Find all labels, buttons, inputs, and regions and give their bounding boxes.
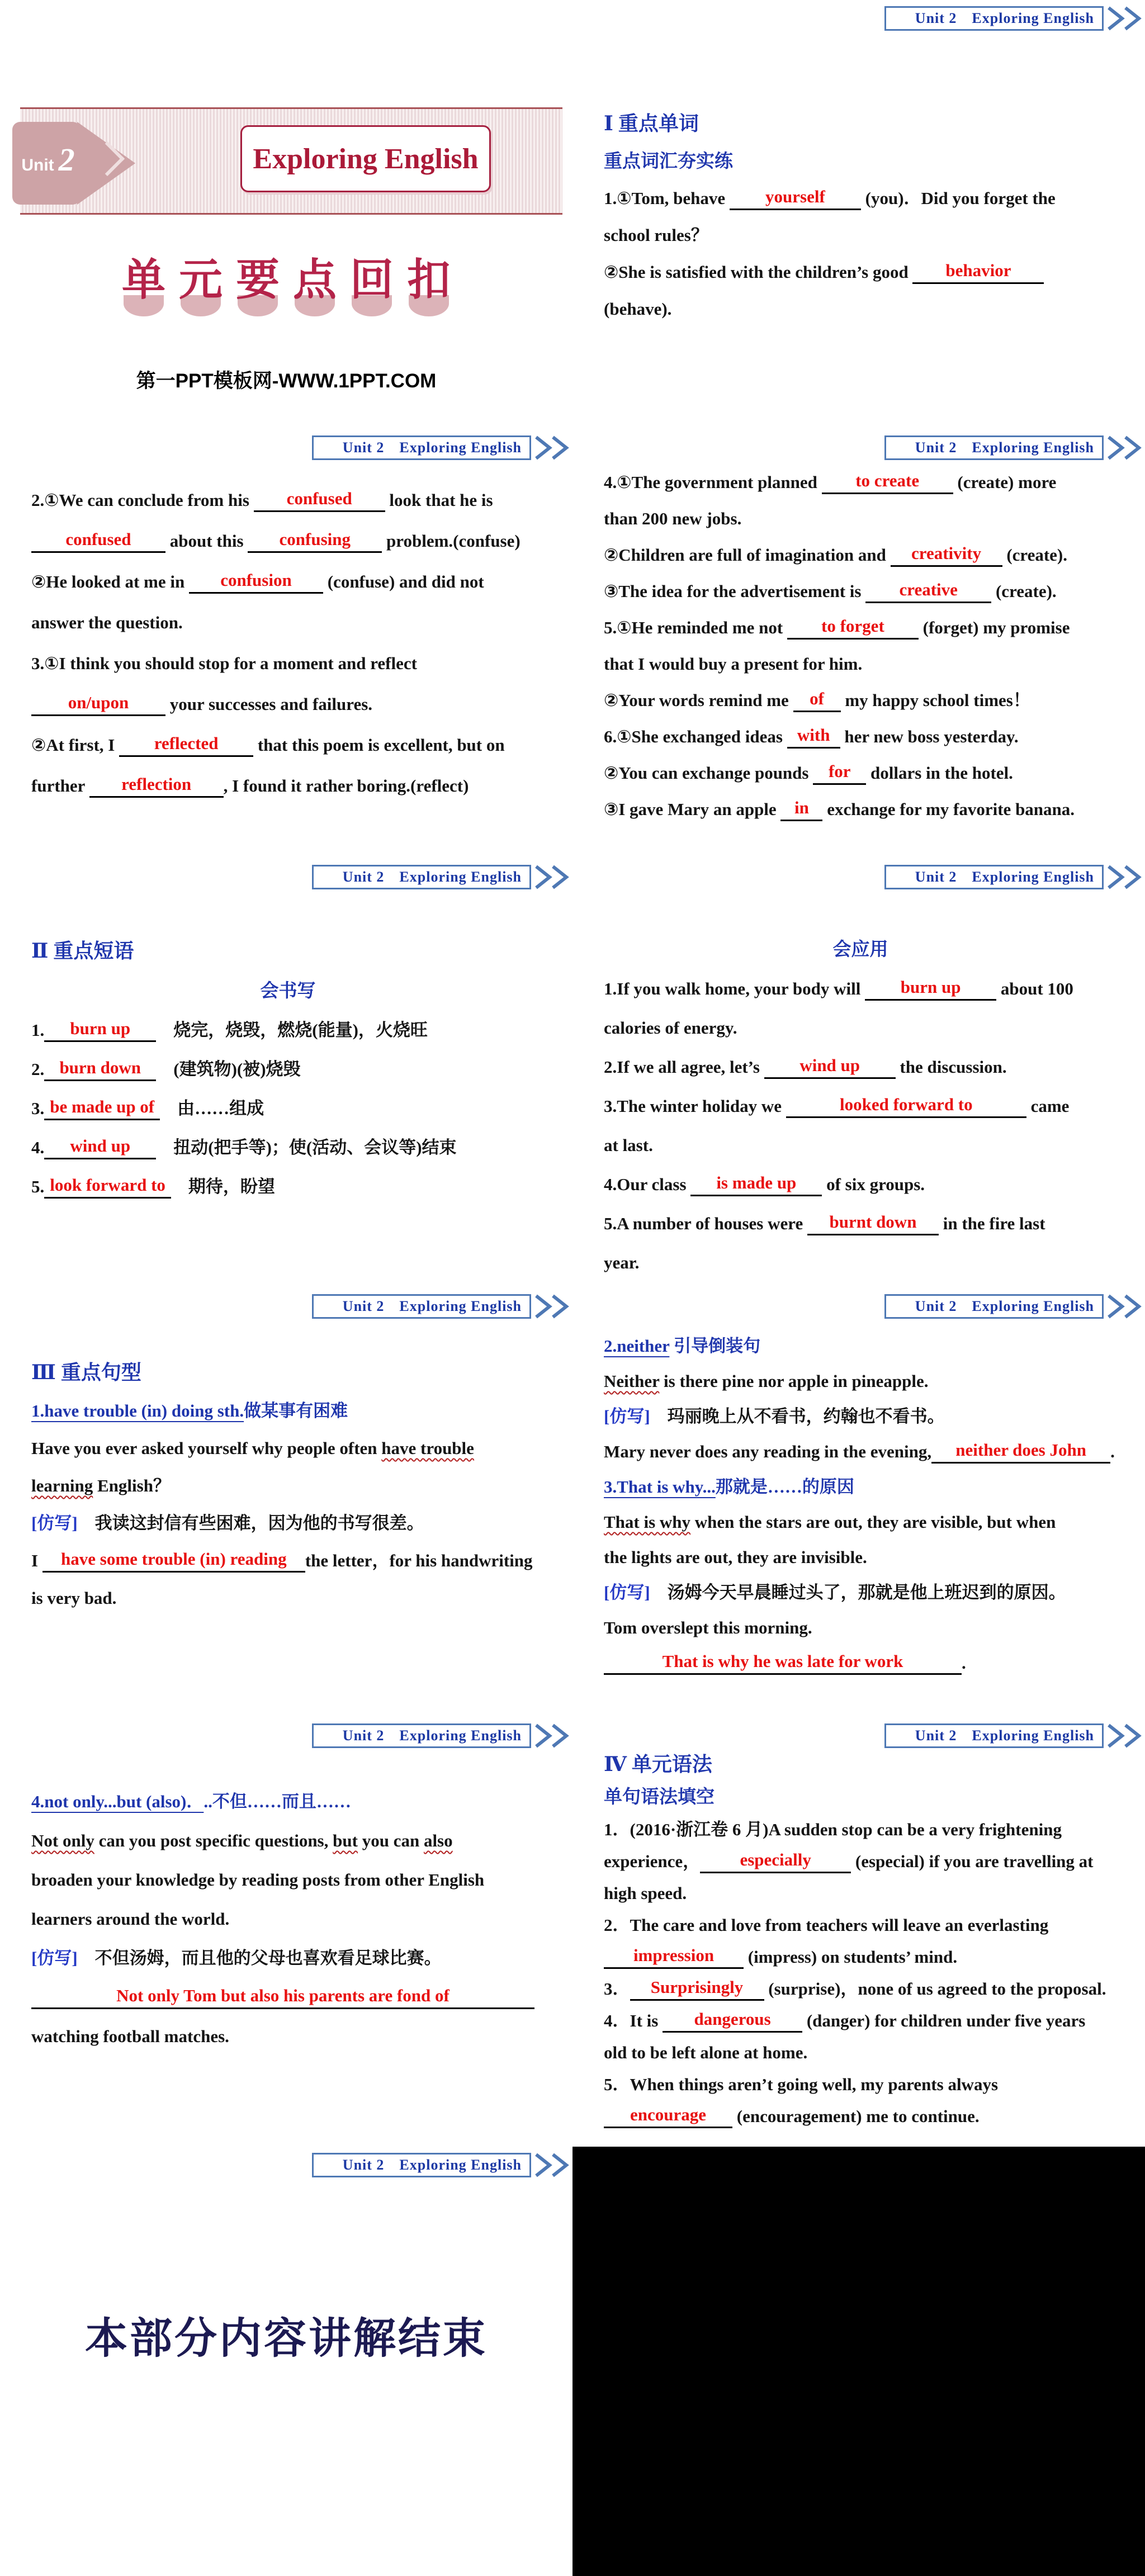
section-heading: Ⅳ 单元语法	[604, 1753, 712, 1775]
body-text: 汤姆今天早晨睡过头了，那就是他上班迟到的原因。	[650, 1583, 1066, 1602]
text-line: 2.If we all agree, let’s wind up the dis…	[604, 1048, 1117, 1087]
text-line: learning English？	[31, 1467, 545, 1504]
unit-badge: Unit 2 Exploring English	[312, 1723, 570, 1749]
text-line: That is why he was late for work.	[604, 1645, 1117, 1680]
body-text: Tom overslept this morning.	[604, 1618, 812, 1637]
slide-text-block: 2.neither 引导倒装句Neither is there pine nor…	[604, 1328, 1117, 1680]
blank-answer: in	[794, 798, 809, 817]
body-text: 5．When things aren’t going well, my pare…	[604, 2075, 998, 2094]
body-text: you can	[358, 1831, 424, 1850]
fill-in-blank: encourage	[604, 2106, 732, 2128]
text-line: 5.①He reminded me not to forget (forget)…	[604, 609, 1117, 646]
blank-answer: to forget	[821, 616, 884, 636]
fangxie-label: [仿写]	[604, 1407, 650, 1426]
review-heading: 单元要点回扣	[0, 245, 572, 307]
slide-text-block: Ⅱ 重点短语会书写1.burn up 烧完，烧毁，燃烧(能量)，火烧旺2.bur…	[31, 931, 545, 1206]
unit-badge-label: Unit 2 Exploring English	[312, 435, 531, 460]
text-line: [仿写] 不但汤姆，而且他的父母也喜欢看足球比赛。	[31, 1939, 545, 1978]
body-text: 4.	[31, 1138, 44, 1157]
fill-in-blank: burn up	[44, 1020, 156, 1042]
body-text: (create).	[1002, 545, 1067, 565]
body-text: exchange for my favorite banana.	[822, 799, 1075, 819]
blank-answer: have some trouble (in) reading	[61, 1549, 287, 1569]
emphasized-text: Not only	[31, 1831, 94, 1850]
double-chevron-right-icon	[1106, 1294, 1143, 1319]
section-heading: Ⅰ 重点单词	[604, 112, 699, 135]
blank-answer: burn up	[70, 1019, 130, 1038]
unit-badge-label: Unit 2 Exploring English	[884, 6, 1104, 31]
fangxie-label: [仿写]	[604, 1583, 650, 1602]
body-text: ②Children are full of imagination and	[604, 545, 891, 565]
text-line: ②Children are full of imagination and cr…	[604, 537, 1117, 573]
text-line: Mary never does any reading in the eveni…	[604, 1434, 1117, 1469]
body-text: calories of energy.	[604, 1018, 737, 1038]
heading-character: 点	[293, 245, 337, 307]
unit-badge: Unit 2 Exploring English	[884, 6, 1143, 31]
blank-answer: reflected	[154, 733, 219, 753]
text-line: 4.Our class is made up of six groups.	[604, 1165, 1117, 1204]
text-line: Neither is there pine nor apple in pinea…	[604, 1363, 1117, 1399]
text-line: Ⅱ 重点短语	[31, 931, 545, 972]
blank-answer: to create	[855, 471, 919, 490]
text-line: high speed.	[604, 1877, 1117, 1909]
blank-answer: yourself	[765, 187, 825, 206]
blank-answer: reflection	[121, 774, 191, 794]
fill-in-blank: of	[793, 690, 841, 712]
body-text: further	[31, 776, 89, 795]
slide-text-block: Ⅳ 单元语法单句语法填空1．(2016·浙江卷 6 月)A sudden sto…	[604, 1749, 1117, 2132]
body-text: 5.	[31, 1177, 44, 1196]
fill-in-blank: looked forward to	[786, 1096, 1026, 1118]
fill-in-blank: Surprisingly	[630, 1979, 764, 2001]
body-text: 1.If you walk home, your body will	[604, 979, 865, 998]
body-text: 3．	[604, 1979, 630, 1999]
pattern-heading: 2.neither	[604, 1336, 669, 1356]
text-line: 会书写	[31, 972, 545, 1011]
fill-in-blank: with	[787, 727, 840, 749]
pattern-heading: 做某事有困难	[244, 1401, 348, 1420]
double-chevron-right-icon	[1106, 6, 1143, 31]
text-line: on/upon your successes and failures.	[31, 684, 545, 724]
heading-character: 元	[179, 245, 223, 307]
key-phrases-apply-slide: Unit 2 Exploring English 会应用1.If you wal…	[572, 859, 1145, 1288]
fill-in-blank: That is why he was late for work	[604, 1653, 962, 1675]
body-text: 5.①He reminded me not	[604, 618, 787, 637]
fangxie-label: [仿写]	[31, 1948, 78, 1968]
body-text: ②Your words remind me	[604, 690, 793, 710]
text-line: calories of energy.	[604, 1008, 1117, 1048]
unit-badge-label: Unit 2 Exploring English	[312, 1723, 531, 1748]
body-text: 不但汤姆，而且他的父母也喜欢看足球比赛。	[78, 1948, 442, 1968]
text-line: 2.neither 引导倒装句	[604, 1328, 1117, 1363]
body-text: Have you ever asked yourself why people …	[31, 1438, 381, 1458]
body-text: 2.If we all agree, let’s	[604, 1057, 764, 1077]
end-slide: Unit 2 Exploring English 本部分内容讲解结束	[0, 2147, 572, 2576]
body-text: 1.	[31, 1020, 44, 1040]
slides-sheet: Unit 2 Exploring English 单元要点回扣 第一PPT模板网…	[0, 0, 1145, 2576]
blank-answer: impression	[633, 1945, 714, 1965]
body-text: problem.(confuse)	[382, 531, 520, 551]
body-text: can you post specific questions,	[94, 1831, 333, 1850]
unit-badge-label: Unit 2 Exploring English	[884, 1294, 1104, 1319]
text-line: 4.wind up 扭动(把手等)；使(活动、会议等)结束	[31, 1128, 545, 1167]
text-line: 3．Surprisingly (surprise)，none of us agr…	[604, 1973, 1117, 2005]
body-text: 4．It is	[604, 2011, 663, 2030]
unit-word: Unit	[21, 156, 54, 175]
text-line: (behave).	[604, 291, 1117, 328]
text-line: 2．The care and love from teachers will l…	[604, 1909, 1117, 1941]
body-text: (behave).	[604, 299, 671, 319]
fill-in-blank: neither does John	[931, 1442, 1110, 1464]
text-line: [仿写] 我读这封信有些困难，因为他的书写很差。	[31, 1504, 545, 1542]
body-text: (建筑物)(被)烧毁	[156, 1059, 300, 1079]
text-line: 2.①We can conclude from his confused loo…	[31, 480, 545, 520]
double-chevron-right-icon	[533, 1723, 570, 1749]
text-line: ②At first, I reflected that this poem is…	[31, 724, 545, 765]
text-line: Ⅰ 重点单词	[604, 105, 1117, 143]
unit-badge: Unit 2 Exploring English	[312, 435, 570, 461]
fill-in-blank: behavior	[912, 262, 1044, 284]
body-text: 1．(2016·浙江卷 6 月)A sudden stop can be a v…	[604, 1820, 1062, 1839]
unit-badge: Unit 2 Exploring English	[884, 1294, 1143, 1319]
body-text: ③The idea for the advertisement is	[604, 581, 865, 601]
body-text: ②You can exchange pounds	[604, 763, 813, 783]
text-line: 会应用	[604, 930, 1117, 969]
pattern-heading: 3.That is why...	[604, 1477, 716, 1497]
blank-answer: Surprisingly	[651, 1977, 743, 1997]
heading-character: 要	[236, 245, 280, 307]
body-text: 4.①The government planned	[604, 472, 822, 492]
slide-text-block: Ⅰ 重点单词重点词汇夯实练1.①Tom, behave yourself (yo…	[604, 105, 1117, 328]
emphasized-text: That is why	[604, 1512, 690, 1532]
text-line: 1.have trouble (in) doing sth.做某事有困难	[31, 1392, 545, 1429]
emphasized-text: have trouble	[381, 1438, 474, 1458]
body-text: (create) more	[953, 472, 1057, 492]
text-line: the lights are out, they are invisible.	[604, 1540, 1117, 1575]
text-line: I have some trouble (in) readingthe lett…	[31, 1542, 545, 1579]
text-line: [仿写] 汤姆今天早晨睡过头了，那就是他上班迟到的原因。	[604, 1575, 1117, 1610]
fill-in-blank: reflection	[89, 776, 224, 798]
blank-answer: creative	[900, 580, 958, 599]
text-line: confused about this confusing problem.(c…	[31, 520, 545, 561]
body-text: (especial) if you are travelling at	[851, 1851, 1093, 1871]
text-line: 1.burn up 烧完，烧毁，燃烧(能量)，火烧旺	[31, 1011, 545, 1050]
blank-answer: neither does John	[955, 1440, 1086, 1460]
body-text: ②He looked at me in	[31, 572, 189, 591]
fill-in-blank: confused	[31, 531, 165, 553]
body-text: look that he is	[385, 490, 493, 510]
blank-answer: with	[797, 725, 830, 745]
double-chevron-right-icon	[533, 2152, 570, 2178]
body-text: ②She is satisfied with the children’s go…	[604, 262, 912, 282]
blank-answer: confusion	[220, 570, 291, 590]
body-text: Mary never does any reading in the eveni…	[604, 1442, 931, 1461]
slide-text-block: Ⅲ 重点句型1.have trouble (in) doing sth.做某事有…	[31, 1354, 545, 1617]
key-words-slide-1: Unit 2 Exploring English Ⅰ 重点单词重点词汇夯实练1.…	[572, 0, 1145, 429]
blank-answer: encourage	[630, 2105, 706, 2124]
body-text: about this	[165, 531, 248, 551]
unit-badge-label: Unit 2 Exploring English	[884, 1723, 1104, 1748]
fill-in-blank: confusing	[248, 531, 382, 553]
unit-badge: Unit 2 Exploring English	[312, 1294, 570, 1319]
body-text: dollars in the hotel.	[866, 763, 1013, 783]
body-text: experience，	[604, 1851, 700, 1871]
sub-heading: 会书写	[261, 981, 316, 1001]
body-text: (forget) my promise	[919, 618, 1070, 637]
text-line: impression (impress) on students’ mind.	[604, 1941, 1117, 1973]
pattern-heading: 4.not only...but (also)．	[31, 1792, 204, 1811]
blank-black-slide	[572, 2147, 1145, 2576]
body-text: (danger) for children under five years	[802, 2011, 1085, 2030]
text-line: 5.A number of houses were burnt down in …	[604, 1204, 1117, 1243]
pattern-heading: 那就是……的原因	[716, 1477, 854, 1497]
emphasized-text: Neither	[604, 1371, 659, 1391]
text-line: is very bad.	[31, 1579, 545, 1617]
slide-text-block: 2.①We can conclude from his confused loo…	[31, 480, 545, 806]
text-line: Ⅳ 单元语法	[604, 1749, 1117, 1781]
heading-character: 单	[122, 245, 165, 307]
blank-answer: be made up of	[50, 1097, 154, 1116]
body-text: 3.The winter holiday we	[604, 1096, 786, 1116]
text-line: ②Your words remind me of my happy school…	[604, 682, 1117, 718]
body-text: the letter，for his handwriting	[305, 1551, 533, 1570]
body-text: (impress) on students’ mind.	[744, 1947, 957, 1967]
unit-badge-label: Unit 2 Exploring English	[884, 865, 1104, 889]
fill-in-blank: impression	[604, 1947, 744, 1969]
body-text: 3.①I think you should stop for a moment …	[31, 654, 417, 673]
fill-in-blank: creativity	[891, 545, 1002, 567]
blank-answer: Not only Tom but also his parents are fo…	[116, 1986, 450, 2005]
fill-in-blank: burn up	[865, 979, 996, 1001]
pattern-heading: 1.have trouble (in) doing sth.	[31, 1401, 244, 1420]
fill-in-blank: confusion	[189, 572, 323, 594]
section-heading: Ⅲ 重点句型	[31, 1361, 141, 1384]
body-text: 6.①She exchanged ideas	[604, 727, 787, 746]
body-text: 4.Our class	[604, 1175, 690, 1194]
body-text: in the fire last	[939, 1214, 1045, 1233]
body-text: is there pine nor apple in pineapple.	[659, 1371, 928, 1391]
body-text: learners around the world.	[31, 1909, 229, 1929]
fill-in-blank: to create	[822, 472, 953, 494]
double-chevron-right-icon	[533, 1294, 570, 1319]
key-words-slide-2: Unit 2 Exploring English 2.①We can concl…	[0, 429, 572, 859]
fill-in-blank: have some trouble (in) reading	[42, 1551, 305, 1573]
body-text: school rules？	[604, 225, 708, 245]
body-text: of six groups.	[822, 1175, 925, 1194]
emphasized-text: but	[333, 1831, 358, 1850]
double-chevron-right-icon	[1106, 864, 1143, 890]
fill-in-blank: to forget	[787, 618, 919, 640]
text-line: experience，especially (especial) if you …	[604, 1845, 1117, 1877]
fill-in-blank: look forward to	[44, 1177, 171, 1199]
body-text: about 100	[996, 979, 1073, 998]
blank-answer: creativity	[911, 543, 981, 563]
text-line: That is why when the stars are out, they…	[604, 1504, 1117, 1540]
text-line: at last.	[604, 1126, 1117, 1165]
body-text: at last.	[604, 1135, 653, 1155]
slide-text-block: 会应用1.If you walk home, your body will bu…	[604, 930, 1117, 1282]
body-text: I	[31, 1551, 42, 1570]
unit-badge: Unit 2 Exploring English	[312, 864, 570, 890]
text-line: 1．(2016·浙江卷 6 月)A sudden stop can be a v…	[604, 1813, 1117, 1845]
fill-in-blank: burnt down	[807, 1214, 939, 1235]
blank-answer: look forward to	[50, 1175, 165, 1195]
text-line: 1.①Tom, behave yourself (you)．Did you fo…	[604, 180, 1117, 217]
body-text: 玛丽晚上从不看书，约翰也不看书。	[650, 1407, 945, 1426]
sub-heading: 单句语法填空	[604, 1787, 715, 1807]
text-line: ③The idea for the advertisement is creat…	[604, 573, 1117, 609]
fill-in-blank: confused	[254, 490, 385, 512]
body-text: your successes and failures.	[165, 694, 372, 714]
course-title: Exploring English	[253, 143, 478, 176]
fill-in-blank: for	[813, 763, 866, 785]
body-text: ③I gave Mary an apple	[604, 799, 780, 819]
body-text: 3.	[31, 1098, 44, 1118]
body-text: .	[962, 1653, 966, 1673]
text-line: Have you ever asked yourself why people …	[31, 1429, 545, 1467]
body-text: 由……组成	[160, 1098, 264, 1118]
text-line: 5．When things aren’t going well, my pare…	[604, 2068, 1117, 2100]
key-phrases-write-slide: Unit 2 Exploring English Ⅱ 重点短语会书写1.burn…	[0, 859, 572, 1288]
body-text: 2.①We can conclude from his	[31, 490, 254, 510]
fill-in-blank: wind up	[764, 1057, 896, 1079]
course-title-box: Exploring English	[240, 125, 491, 192]
unit-badge: Unit 2 Exploring English	[884, 1723, 1143, 1749]
text-line: than 200 new jobs.	[604, 500, 1117, 537]
key-sentences-slide-3: Unit 2 Exploring English 4.not only...bu…	[0, 1717, 572, 2147]
double-chevron-right-icon	[1106, 435, 1143, 461]
blank-answer: wind up	[70, 1136, 130, 1156]
fill-in-blank: dangerous	[663, 2011, 802, 2033]
sub-heading: 重点词汇夯实练	[604, 151, 733, 172]
fill-in-blank: creative	[865, 581, 991, 603]
emphasized-text: learning	[31, 1476, 93, 1495]
fangxie-label: [仿写]	[31, 1513, 78, 1533]
fill-in-blank: especially	[700, 1851, 851, 1873]
text-line: Not only can you post specific questions…	[31, 1821, 545, 1860]
blank-answer: especially	[740, 1850, 811, 1869]
text-line: 4.①The government planned to create (cre…	[604, 464, 1117, 500]
body-text: 2．The care and love from teachers will l…	[604, 1915, 1048, 1935]
blank-answer: of	[810, 689, 824, 708]
text-line: 单句语法填空	[604, 1781, 1117, 1813]
unit-badge: Unit 2 Exploring English	[884, 864, 1143, 890]
body-text: the lights are out, they are invisible.	[604, 1547, 867, 1567]
blank-answer: burn up	[901, 977, 961, 997]
text-line: 3.①I think you should stop for a moment …	[31, 643, 545, 684]
body-text: the discussion.	[896, 1057, 1007, 1077]
fill-in-blank: burn down	[44, 1059, 156, 1081]
unit-badge-label: Unit 2 Exploring English	[312, 1294, 531, 1319]
fill-in-blank: reflected	[119, 735, 253, 757]
body-text: that this poem is excellent, but on	[253, 735, 505, 755]
unit-grammar-slide: Unit 2 Exploring English Ⅳ 单元语法单句语法填空1．(…	[572, 1717, 1145, 2147]
body-text: English？	[93, 1476, 171, 1495]
body-text: answer the question.	[31, 613, 183, 632]
double-chevron-right-icon	[533, 864, 570, 890]
text-line: encourage (encouragement) me to continue…	[604, 2100, 1117, 2132]
blank-answer: burnt down	[830, 1212, 917, 1232]
body-text: (create).	[991, 581, 1056, 601]
body-text: 期待，盼望	[171, 1177, 275, 1196]
body-text: my happy school times！	[841, 690, 1030, 710]
text-line: further reflection, I found it rather bo…	[31, 765, 545, 806]
text-line: ②She is satisfied with the children’s go…	[604, 254, 1117, 291]
body-text: 5.A number of houses were	[604, 1214, 807, 1233]
fill-in-blank: be made up of	[44, 1098, 160, 1120]
body-text: .	[1110, 1442, 1115, 1461]
section-heading: Ⅱ 重点短语	[31, 940, 134, 962]
key-sentences-slide-2: Unit 2 Exploring English 2.neither 引导倒装句…	[572, 1288, 1145, 1717]
slide-text-block: 4.not only...but (also)．..不但……而且……Not on…	[31, 1782, 545, 2056]
unit-number: 2	[59, 141, 75, 178]
text-line: ②He looked at me in confusion (confuse) …	[31, 561, 545, 602]
body-text: when the stars are out, they are visible…	[690, 1512, 1056, 1532]
body-text: that I would buy a present for him.	[604, 654, 862, 674]
blank-answer: is made up	[716, 1173, 796, 1192]
text-line: that I would buy a present for him.	[604, 646, 1117, 682]
body-text: her new boss yesterday.	[840, 727, 1019, 746]
text-line: 4.not only...but (also)．..不但……而且……	[31, 1782, 545, 1821]
blank-answer: confusing	[280, 529, 351, 549]
blank-answer: on/upon	[68, 693, 129, 712]
fill-in-blank: wind up	[44, 1138, 156, 1159]
double-chevron-right-icon	[533, 435, 570, 461]
title-slide: Unit 2 Exploring English 单元要点回扣 第一PPT模板网…	[0, 0, 572, 429]
fill-in-blank: is made up	[690, 1175, 822, 1196]
pattern-heading: ..不但……而且……	[204, 1792, 351, 1811]
fill-in-blank: on/upon	[31, 694, 165, 716]
watermark-text: 第一PPT模板网-WWW.1PPT.COM	[0, 366, 572, 394]
blank-answer: looked forward to	[840, 1095, 973, 1114]
body-text: (confuse) and did not	[323, 572, 484, 591]
text-line: Tom overslept this morning.	[604, 1610, 1117, 1645]
text-line: old to be left alone at home.	[604, 2037, 1117, 2068]
heading-character: 扣	[407, 245, 451, 307]
text-line: 2.burn down (建筑物)(被)烧毁	[31, 1050, 545, 1089]
body-text: 我读这封信有些困难，因为他的书写很差。	[78, 1513, 424, 1533]
double-chevron-right-icon	[1106, 1723, 1143, 1749]
body-text: 扭动(把手等)；使(活动、会议等)结束	[156, 1138, 456, 1157]
blank-answer: burn down	[59, 1058, 141, 1077]
sub-heading: 会应用	[833, 940, 888, 960]
pattern-heading: 引导倒装句	[669, 1336, 760, 1356]
key-sentences-slide-1: Unit 2 Exploring English Ⅲ 重点句型1.have tr…	[0, 1288, 572, 1717]
unit-badge-label: Unit 2 Exploring English	[312, 2153, 531, 2177]
text-line: 1.If you walk home, your body will burn …	[604, 969, 1117, 1008]
text-line: 5.look forward to 期待，盼望	[31, 1167, 545, 1206]
unit-badge-label: Unit 2 Exploring English	[884, 435, 1104, 460]
text-line: 3.That is why...那就是……的原因	[604, 1469, 1117, 1504]
text-line: ②You can exchange pounds for dollars in …	[604, 755, 1117, 791]
body-text: is very bad.	[31, 1588, 116, 1608]
emphasized-text: also	[424, 1831, 453, 1850]
text-line: Ⅲ 重点句型	[31, 1354, 545, 1392]
text-line: Not only Tom but also his parents are fo…	[31, 1978, 545, 2017]
body-text: (surprise)，none of us agreed to the prop…	[764, 1979, 1106, 1999]
body-text: came	[1026, 1096, 1070, 1116]
fill-in-blank: in	[780, 799, 822, 821]
blank-answer: for	[829, 761, 851, 781]
body-text: than 200 new jobs.	[604, 509, 741, 528]
text-line: 3.be made up of 由……组成	[31, 1089, 545, 1128]
unit-badge: Unit 2 Exploring English	[312, 2152, 570, 2178]
body-text: 烧完，烧毁，燃烧(能量)，火烧旺	[156, 1020, 428, 1040]
body-text: watching football matches.	[31, 2026, 229, 2046]
heading-character: 回	[350, 245, 394, 307]
text-line: broaden your knowledge by reading posts …	[31, 1860, 545, 1900]
text-line: 重点词汇夯实练	[604, 143, 1117, 180]
